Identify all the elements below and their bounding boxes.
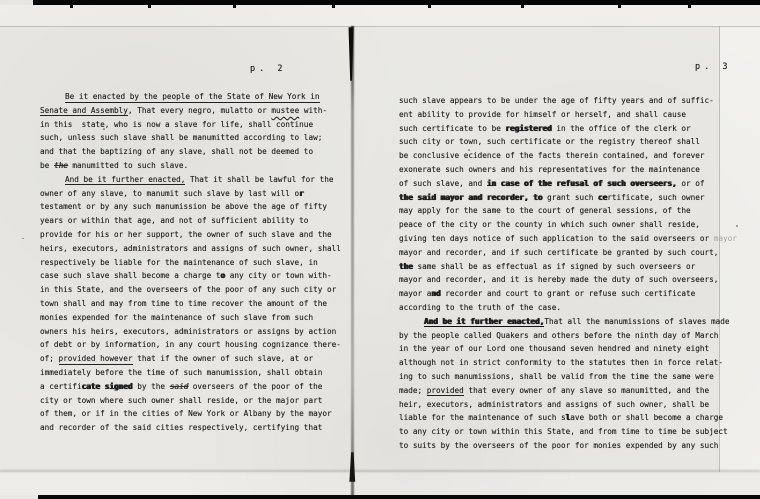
text-segment: mustee (271, 106, 299, 115)
text-segment: And be it further enacted, (424, 317, 544, 327)
text-segment: heirs, executors, administrators and ass… (40, 244, 341, 253)
text-segment: same shall be as effectual as if signed … (413, 262, 695, 271)
text-segment: ent ability to provide for himself or he… (399, 110, 686, 119)
text-segment: owner of any slave, to manumit such slav… (40, 189, 299, 198)
text-segment: case such slave shall become a charge t (40, 271, 221, 280)
scanned-document: p. 2 p. 3 Be it enacted by the people of… (0, 0, 760, 499)
page-edge-mark (618, 4, 621, 8)
page-edge-mark (428, 4, 431, 8)
text-line: heirs, executors, administrators and ass… (40, 242, 352, 256)
text-segment: or of (677, 179, 705, 188)
text-segment: to suits by the overseers of the poor fo… (399, 441, 718, 450)
text-line: liable for the maintenance of such slave… (399, 411, 747, 425)
text-line: exonerate such owners and his representa… (399, 163, 747, 177)
text-segment: That all the manumissions of slaves made (544, 317, 729, 326)
text-segment: the (399, 262, 413, 271)
text-line: years or within that age, and not of suf… (40, 214, 352, 228)
text-segment: such city or town, such certificate or t… (399, 137, 700, 146)
scanner-border-bottom (38, 495, 760, 499)
text-line: city or town where such owner shall resi… (40, 394, 352, 408)
right-page-text: such slave appears to be under the age o… (399, 94, 747, 453)
text-segment: a certifi (40, 382, 82, 391)
text-segment: provided however (59, 354, 133, 365)
text-line: giving ten days notice of such applicati… (399, 232, 747, 246)
bottom-crease-line (0, 469, 760, 473)
text-segment: in the year of our Lord one thousand sev… (399, 344, 709, 353)
text-segment: in case of the refusal of such overseers… (487, 179, 677, 188)
text-line: respectively be liable for the maintenan… (40, 256, 352, 270)
text-segment: respectively be liable for the maintenan… (40, 258, 318, 267)
text-line: and recorder of the said cities respecti… (40, 421, 352, 435)
text-line: made; provided that every owner of any s… (399, 384, 747, 398)
page-edge-mark (332, 4, 335, 8)
text-segment: ave both or shall become a charge (570, 413, 723, 422)
paper-speck (103, 128, 105, 130)
text-line: in this state, who is now a slave for li… (40, 118, 352, 132)
text-segment: in this state, who is now a slave for li… (40, 120, 313, 129)
text-segment: That it shall be lawful for the (185, 175, 333, 184)
text-line: according to the truth of the case. (399, 301, 747, 315)
text-line: such, unless such slave shall be manumit… (40, 131, 352, 145)
text-line: And be it further enacted,That all the m… (399, 315, 747, 329)
text-line: And be it further enacted, That it shall… (40, 173, 352, 187)
text-line: such slave appears to be under the age o… (399, 94, 747, 108)
text-line: the same shall be as effectual as if sig… (399, 260, 747, 274)
text-line: case such slave shall become a charge to… (40, 269, 352, 283)
text-segment: in the office of the clerk or (552, 124, 691, 133)
text-segment: by the people called Quakers and others … (399, 331, 718, 340)
page-bottom-backing (0, 472, 760, 495)
text-line: ent ability to provide for himself or he… (399, 108, 747, 122)
text-segment: in this State, and the overseers of the … (40, 285, 336, 294)
text-line: such city or town, such certificate or t… (399, 135, 747, 149)
text-segment: be conclusive ecidence of the facts ther… (399, 151, 704, 160)
page-top-backing (0, 5, 760, 27)
text-segment: ing to such manumissions, shall be valid… (399, 372, 714, 381)
page-edge-mark (688, 4, 691, 8)
text-line: mayor and recorder, and if such certific… (399, 246, 747, 260)
text-segment: , That every negro, mulatto or (128, 106, 271, 115)
text-line: mayor and recorder, and it is hereby mad… (399, 273, 747, 287)
paper-speck (736, 225, 738, 227)
text-segment: manumitted to such slave. (68, 161, 188, 170)
text-segment: peace of the city or the county in which… (399, 220, 700, 229)
paper-speck (22, 238, 24, 239)
text-line: a certificate signed by the said oversee… (40, 380, 352, 394)
text-line: mayor and recorder and court to grant or… (399, 287, 747, 301)
top-crease-line (0, 26, 760, 27)
text-segment: that if the owner of such slave, at or (133, 354, 314, 363)
text-line: may apply for the same to the court of g… (399, 204, 747, 218)
text-line: owners his heirs, executors, administrat… (40, 325, 352, 339)
text-line: of such slave, and in case of the refusa… (399, 177, 747, 191)
text-segment: mayor and recorder, and it is hereby mad… (399, 275, 718, 284)
page-number-right: p. 3 (695, 62, 731, 72)
text-segment: according to the truth of the case. (399, 303, 561, 312)
page-edge-mark (70, 4, 73, 8)
text-segment: provided (427, 386, 464, 397)
text-segment: with- (299, 106, 327, 115)
text-segment: giving ten days notice of such applicati… (399, 234, 714, 243)
text-line: be conclusive ecidence of the facts ther… (399, 149, 747, 163)
text-segment: exonerate such owners and his representa… (399, 165, 700, 174)
text-segment: And be it further enacted, (65, 175, 185, 186)
text-line: of debt or by information, in any court … (40, 338, 352, 352)
text-line: ing to such manumissions, shall be valid… (399, 370, 747, 384)
text-line: of them, or if in the cities of New York… (40, 407, 352, 421)
text-segment: overseers of the poor of the (188, 382, 322, 391)
text-segment: city or town where such owner shall resi… (40, 396, 322, 405)
text-segment: to any city or town within this State, a… (399, 427, 728, 436)
text-line: immediately before the time of such manu… (40, 366, 352, 380)
text-line: town shall and may from time to time rec… (40, 297, 352, 311)
text-segment: made; (399, 386, 427, 395)
text-segment: although not in strict conformity to the… (399, 358, 723, 367)
text-segment: heir, executors, administrators and assi… (399, 400, 709, 409)
page-edge-mark (521, 4, 524, 8)
paper-speck (657, 416, 659, 418)
text-segment: may apply for the same to the court of g… (399, 206, 691, 215)
text-segment: grant such (542, 193, 598, 202)
scanner-border-top (33, 0, 760, 5)
text-segment: of; (40, 354, 59, 363)
text-segment: nd (431, 289, 440, 298)
left-page-text: Be it enacted by the people of the State… (40, 90, 352, 435)
text-segment: Senate and Assembly (40, 106, 128, 117)
paper-speck (468, 149, 470, 151)
text-segment: testament or by any such manumission be … (40, 202, 327, 211)
text-line: the said mayor and recorder, to grant su… (399, 191, 747, 205)
text-line: peace of the city or the county in which… (399, 218, 747, 232)
text-segment: by the (133, 382, 170, 391)
text-line: testament or by any such manumission be … (40, 200, 352, 214)
text-line: monies expended for the maintenance of s… (40, 311, 352, 325)
text-line: in this State, and the overseers of the … (40, 283, 352, 297)
text-line: to any city or town within this State, a… (399, 425, 747, 439)
text-segment: the (54, 161, 68, 170)
text-segment: cate signed (82, 382, 133, 391)
text-segment: and that the baptizing of any slave, sha… (40, 147, 313, 156)
text-segment: that every owner of any slave so manumit… (464, 386, 709, 395)
text-segment: mayor and recorder, and if such certific… (399, 248, 718, 257)
text-segment: owners his heirs, executors, administrat… (40, 327, 336, 336)
text-segment: rtificate, such owner (607, 193, 704, 202)
text-line: to suits by the overseers of the poor fo… (399, 439, 747, 453)
text-segment: such, unless such slave shall be manumit… (40, 133, 322, 142)
text-line: be the manumitted to such slave. (40, 159, 352, 173)
text-segment: be (40, 161, 54, 170)
text-segment: mayor a (399, 289, 431, 298)
text-segment: years or within that age, and not of suf… (40, 216, 308, 225)
text-line: provide for his or her support, the owne… (40, 228, 352, 242)
text-segment: immediately before the time of such manu… (40, 368, 322, 377)
text-segment: provide for his or her support, the owne… (40, 230, 332, 239)
text-segment: town shall and may from time to time rec… (40, 299, 327, 308)
text-segment: monies expended for the maintenance of s… (40, 313, 313, 322)
text-segment: recorder and court to grant or refuse su… (441, 289, 696, 298)
page-number-left: p. 2 (250, 64, 286, 74)
text-line: in the year of our Lord one thousand sev… (399, 342, 747, 356)
text-segment: the said mayor and recorder, to (399, 193, 542, 202)
text-line: Senate and Assembly, That every negro, m… (40, 104, 352, 118)
text-line: heir, executors, administrators and assi… (399, 398, 747, 412)
text-segment: r (299, 189, 304, 198)
text-segment: Be it enacted by the people of the State… (65, 92, 320, 103)
text-line: of; provided however that if the owner o… (40, 352, 352, 366)
text-segment: of them, or if in the cities of New York… (40, 409, 332, 418)
text-line: by the people called Quakers and others … (399, 329, 747, 343)
text-segment: and recorder of the said cities respecti… (40, 423, 322, 432)
text-segment: registered (505, 124, 551, 133)
text-segment: mayor (714, 234, 737, 243)
page-edge-mark (233, 4, 236, 8)
text-segment: of such slave, and (399, 179, 487, 188)
center-fold-shadow-top (346, 27, 356, 81)
text-line: and that the baptizing of any slave, sha… (40, 145, 352, 159)
text-segment: said (170, 382, 189, 391)
text-segment: such slave appears to be under the age o… (399, 96, 714, 105)
text-line: such certificate to be registered in the… (399, 122, 747, 136)
page-edge-mark (148, 4, 151, 8)
text-segment: ce (598, 193, 607, 202)
text-segment: such certificate to be (399, 124, 505, 133)
text-segment: of debt or by information, in any court … (40, 340, 341, 349)
text-line: owner of any slave, to manumit such slav… (40, 187, 352, 201)
text-line: Be it enacted by the people of the State… (40, 90, 352, 104)
text-segment: any city or town with- (225, 271, 331, 280)
text-segment: liable for the maintenance of such s (399, 413, 566, 422)
text-line: although not in strict conformity to the… (399, 356, 747, 370)
